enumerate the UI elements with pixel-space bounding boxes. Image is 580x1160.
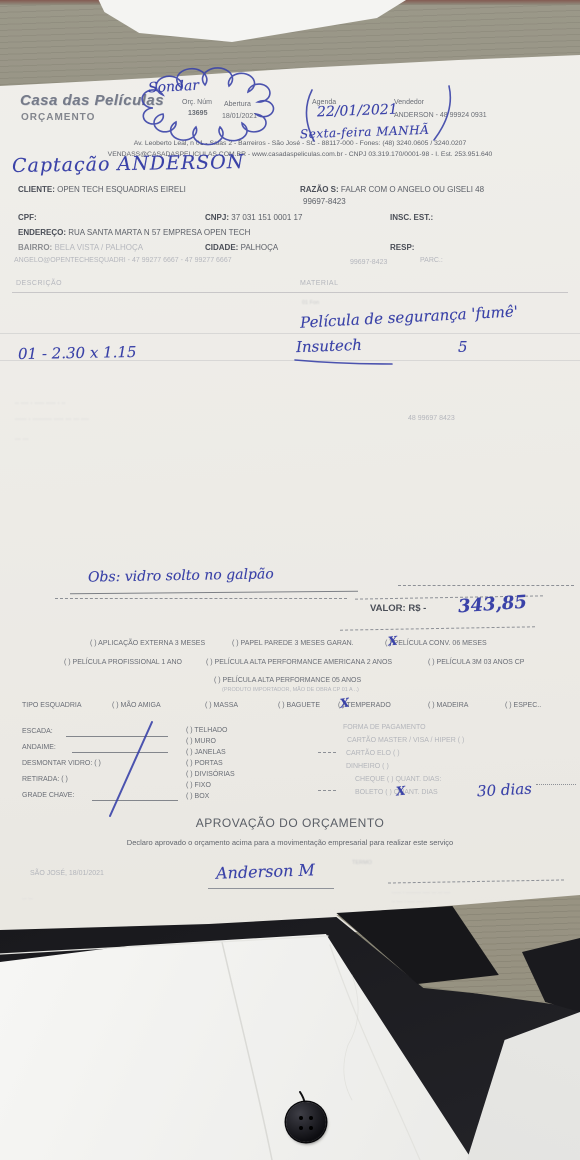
razao-label: RAZÃO S:: [300, 185, 339, 194]
retirada-label: RETIRADA: ( ): [22, 776, 68, 783]
pagamento-cheque: CHEQUE ( ) QUANT. DIAS:: [355, 776, 441, 783]
local-muro: ( ) MURO: [186, 738, 216, 745]
pagamento-dash-2: [318, 790, 336, 791]
table-header-rule: [12, 292, 568, 293]
cnpj-value: 37 031 151 0001 17: [231, 213, 302, 222]
agenda-date-handwritten: 22/01/2021: [317, 102, 398, 121]
obs-handwritten: Obs: vidro solto no galpão: [88, 566, 274, 585]
order-number: 13695: [188, 110, 207, 117]
termo-faded: TERMO: [352, 860, 372, 866]
captacao-handwritten: Captação ANDERSON: [12, 151, 245, 177]
client-contact-faded: ANGELO@OPENTECHESQUADRI - 47 99277 6667 …: [14, 257, 232, 264]
esquadria-espec: ( ) ESPEC..: [505, 702, 541, 709]
bairro-value: BELA VISTA / PALHOÇA: [54, 243, 143, 252]
signature-line: [208, 888, 334, 889]
cidade-value: PALHOÇA: [241, 243, 279, 252]
approval-city-date: SÃO JOSÉ, 18/01/2021: [30, 870, 104, 877]
cidade-label: CIDADE:: [205, 243, 238, 252]
warranty-papel-parede: ( ) PAPEL PAREDE 3 MESES GARAN.: [232, 640, 354, 647]
esquadria-baguete: ( ) BAGUETE: [278, 702, 320, 709]
warranty-conv-x-mark: X: [387, 634, 398, 649]
button-hole: [299, 1126, 303, 1130]
pagamento-title: FORMA DE PAGAMENTO: [343, 724, 426, 731]
cliente-value: OPEN TECH ESQUADRIAS EIRELI: [57, 185, 186, 194]
item-measure-handwritten: 01 - 2.30 x 1.15: [18, 343, 137, 363]
andaime-label: ANDAIME:: [22, 744, 56, 751]
warranty-profissional: ( ) PELÍCULA PROFISSIONAL 1 ANO: [64, 659, 182, 666]
local-divisorias: ( ) DIVISÓRIAS: [186, 771, 235, 778]
esquadria-madeira: ( ) MADEIRA: [428, 702, 468, 709]
desmontar-vidro-label: DESMONTAR VIDRO: ( ): [22, 760, 101, 767]
faded-right-text-1: ∙∙∙∙∙∙ ∙ ∙∙∙∙∙∙∙∙∙∙ ∙∙∙∙∙ ∙∙∙ ∙∙∙ ∙∙∙∙: [392, 890, 450, 896]
cuff-button: [286, 1102, 326, 1142]
razao-value2: 99697-8423: [303, 197, 346, 206]
warranty-alta-perf-05-sub: (PRODUTO IMPORTADOR, MÃO DE OBRA CP 01 A…: [222, 687, 359, 693]
grade-chave-line: [92, 800, 178, 801]
local-janelas: ( ) JANELAS: [186, 749, 226, 756]
order-number-label: Orç. Núm: [182, 99, 212, 106]
item-qty-handwritten: 5: [458, 338, 468, 356]
esquadria-temperado-x-mark: X: [339, 695, 350, 710]
pagamento-dinheiro: DINHEIRO ( ): [346, 763, 389, 770]
bairro-label: BAIRRO:: [18, 243, 52, 252]
warranty-3m: ( ) PELÍCULA 3M 03 ANOS CP: [428, 659, 524, 666]
warranty-alta-perf-americana: ( ) PELÍCULA ALTA PERFORMANCE AMERICANA …: [206, 659, 392, 666]
local-portas: ( ) PORTAS: [186, 760, 223, 767]
insc-est-label: INSC. EST.:: [390, 213, 433, 222]
logo-subtitle: ORÇAMENTO: [21, 112, 95, 123]
faded-carbon-text-2: ∙∙∙∙∙∙ ∙ ∙∙∙∙∙∙∙∙∙∙ ∙∙∙∙∙ ∙∙∙ ∙∙∙ ∙∙∙∙: [15, 416, 89, 423]
abertura-date: 18/01/2021: [222, 113, 257, 120]
item-brand-handwritten: Insutech: [296, 336, 363, 356]
boleto-x-mark: X: [395, 784, 406, 799]
vendedor-value: ANDERSON - 48 99924 0931: [394, 112, 487, 119]
client-contact-phone-faded: 99697-8423: [350, 259, 387, 266]
faded-right-text-2: ∙∙ ∙∙∙∙ ∙ ∙∙∙∙∙ ∙∙∙∙∙ ∙ ∙∙: [392, 899, 432, 905]
andaime-line: [72, 752, 168, 753]
faded-carbon-phone: 48 99697 8423: [408, 415, 455, 422]
logo-title: Casa das Películas: [20, 92, 164, 109]
photo-of-budget-form: Casa das Películas ORÇAMENTO Orç. Núm 13…: [0, 0, 580, 1160]
material-header: MATERIAL: [300, 280, 339, 287]
signature-handwritten: Anderson M: [216, 860, 315, 882]
local-box: ( ) BOX: [186, 793, 209, 800]
cnpj-label: CNPJ:: [205, 213, 229, 222]
local-fixo: ( ) FIXO: [186, 782, 211, 789]
company-address: Av. Leoberto Leal, n 01 - Salas 2 - Barr…: [134, 140, 467, 147]
approval-declaration: Declaro aprovado o orçamento acima para …: [127, 838, 453, 847]
faded-carbon-text-1: ∙∙ ∙∙∙∙ ∙ ∙∙∙∙∙ ∙∙∙∙∙ ∙ ∙∙: [15, 400, 66, 407]
pagamento-cartao-elo: CARTÃO ELO ( ): [346, 750, 400, 757]
vendedor-label: Vendedor: [394, 99, 424, 106]
warranty-pelicula-conv: ( ) PELÍCULA CONV. 06 MESES: [385, 640, 487, 647]
descricao-header: DESCRIÇÃO: [16, 280, 62, 287]
cliente-label: CLIENTE:: [18, 185, 55, 194]
button-hole: [309, 1116, 313, 1120]
endereco-value: RUA SANTA MARTA N 57 EMPRESA OPEN TECH: [68, 228, 250, 237]
faded-carbon-text-3: ∙∙∙ ∙∙∙: [15, 436, 29, 443]
parc-label: PARC.:: [420, 257, 443, 264]
grade-chave-label: GRADE CHAVE:: [22, 792, 74, 799]
pagamento-dash-1: [318, 752, 336, 753]
escada-label: ESCADA:: [22, 728, 53, 735]
faded-left-text: ∙∙∙ ∙∙∙: [22, 896, 33, 902]
order-annotation-handwritten: Sondar: [148, 78, 200, 97]
razao-value: FALAR COM O ANGELO OU GISELI 48: [341, 185, 484, 194]
table-row-rule-1: [0, 333, 580, 334]
pagamento-cartao-master: CARTÃO MASTER / VISA / HIPER ( ): [347, 737, 464, 744]
endereco-label: ENDEREÇO:: [18, 228, 66, 237]
dashed-line-1: [398, 585, 574, 586]
warranty-alta-perf-05: ( ) PELÍCULA ALTA PERFORMANCE 05 ANOS: [214, 677, 361, 684]
button-hole: [309, 1126, 313, 1130]
dashed-line-2: [55, 598, 347, 599]
table-tiny-faded: 01 Fon: [302, 300, 319, 306]
local-telhado: ( ) TELHADO: [186, 727, 228, 734]
warranty-aplicacao-externa: ( ) APLICAÇÃO EXTERNA 3 MESES: [90, 640, 205, 647]
resp-label: RESP:: [390, 243, 414, 252]
esquadria-label: TIPO ESQUADRIA: [22, 702, 82, 709]
button-hole: [299, 1116, 303, 1120]
approval-title: APROVAÇÃO DO ORÇAMENTO: [196, 816, 385, 830]
valor-label: VALOR: R$ -: [370, 603, 426, 614]
cheque-days-line: [536, 784, 576, 785]
escada-line: [66, 736, 168, 737]
boleto-days-handwritten: 30 dias: [477, 780, 533, 801]
esquadria-massa: ( ) MASSA: [205, 702, 238, 709]
abertura-label: Abertura: [224, 101, 251, 108]
cpf-label: CPF:: [18, 213, 37, 222]
esquadria-mao-amiga: ( ) MÃO AMIGA: [112, 702, 161, 709]
